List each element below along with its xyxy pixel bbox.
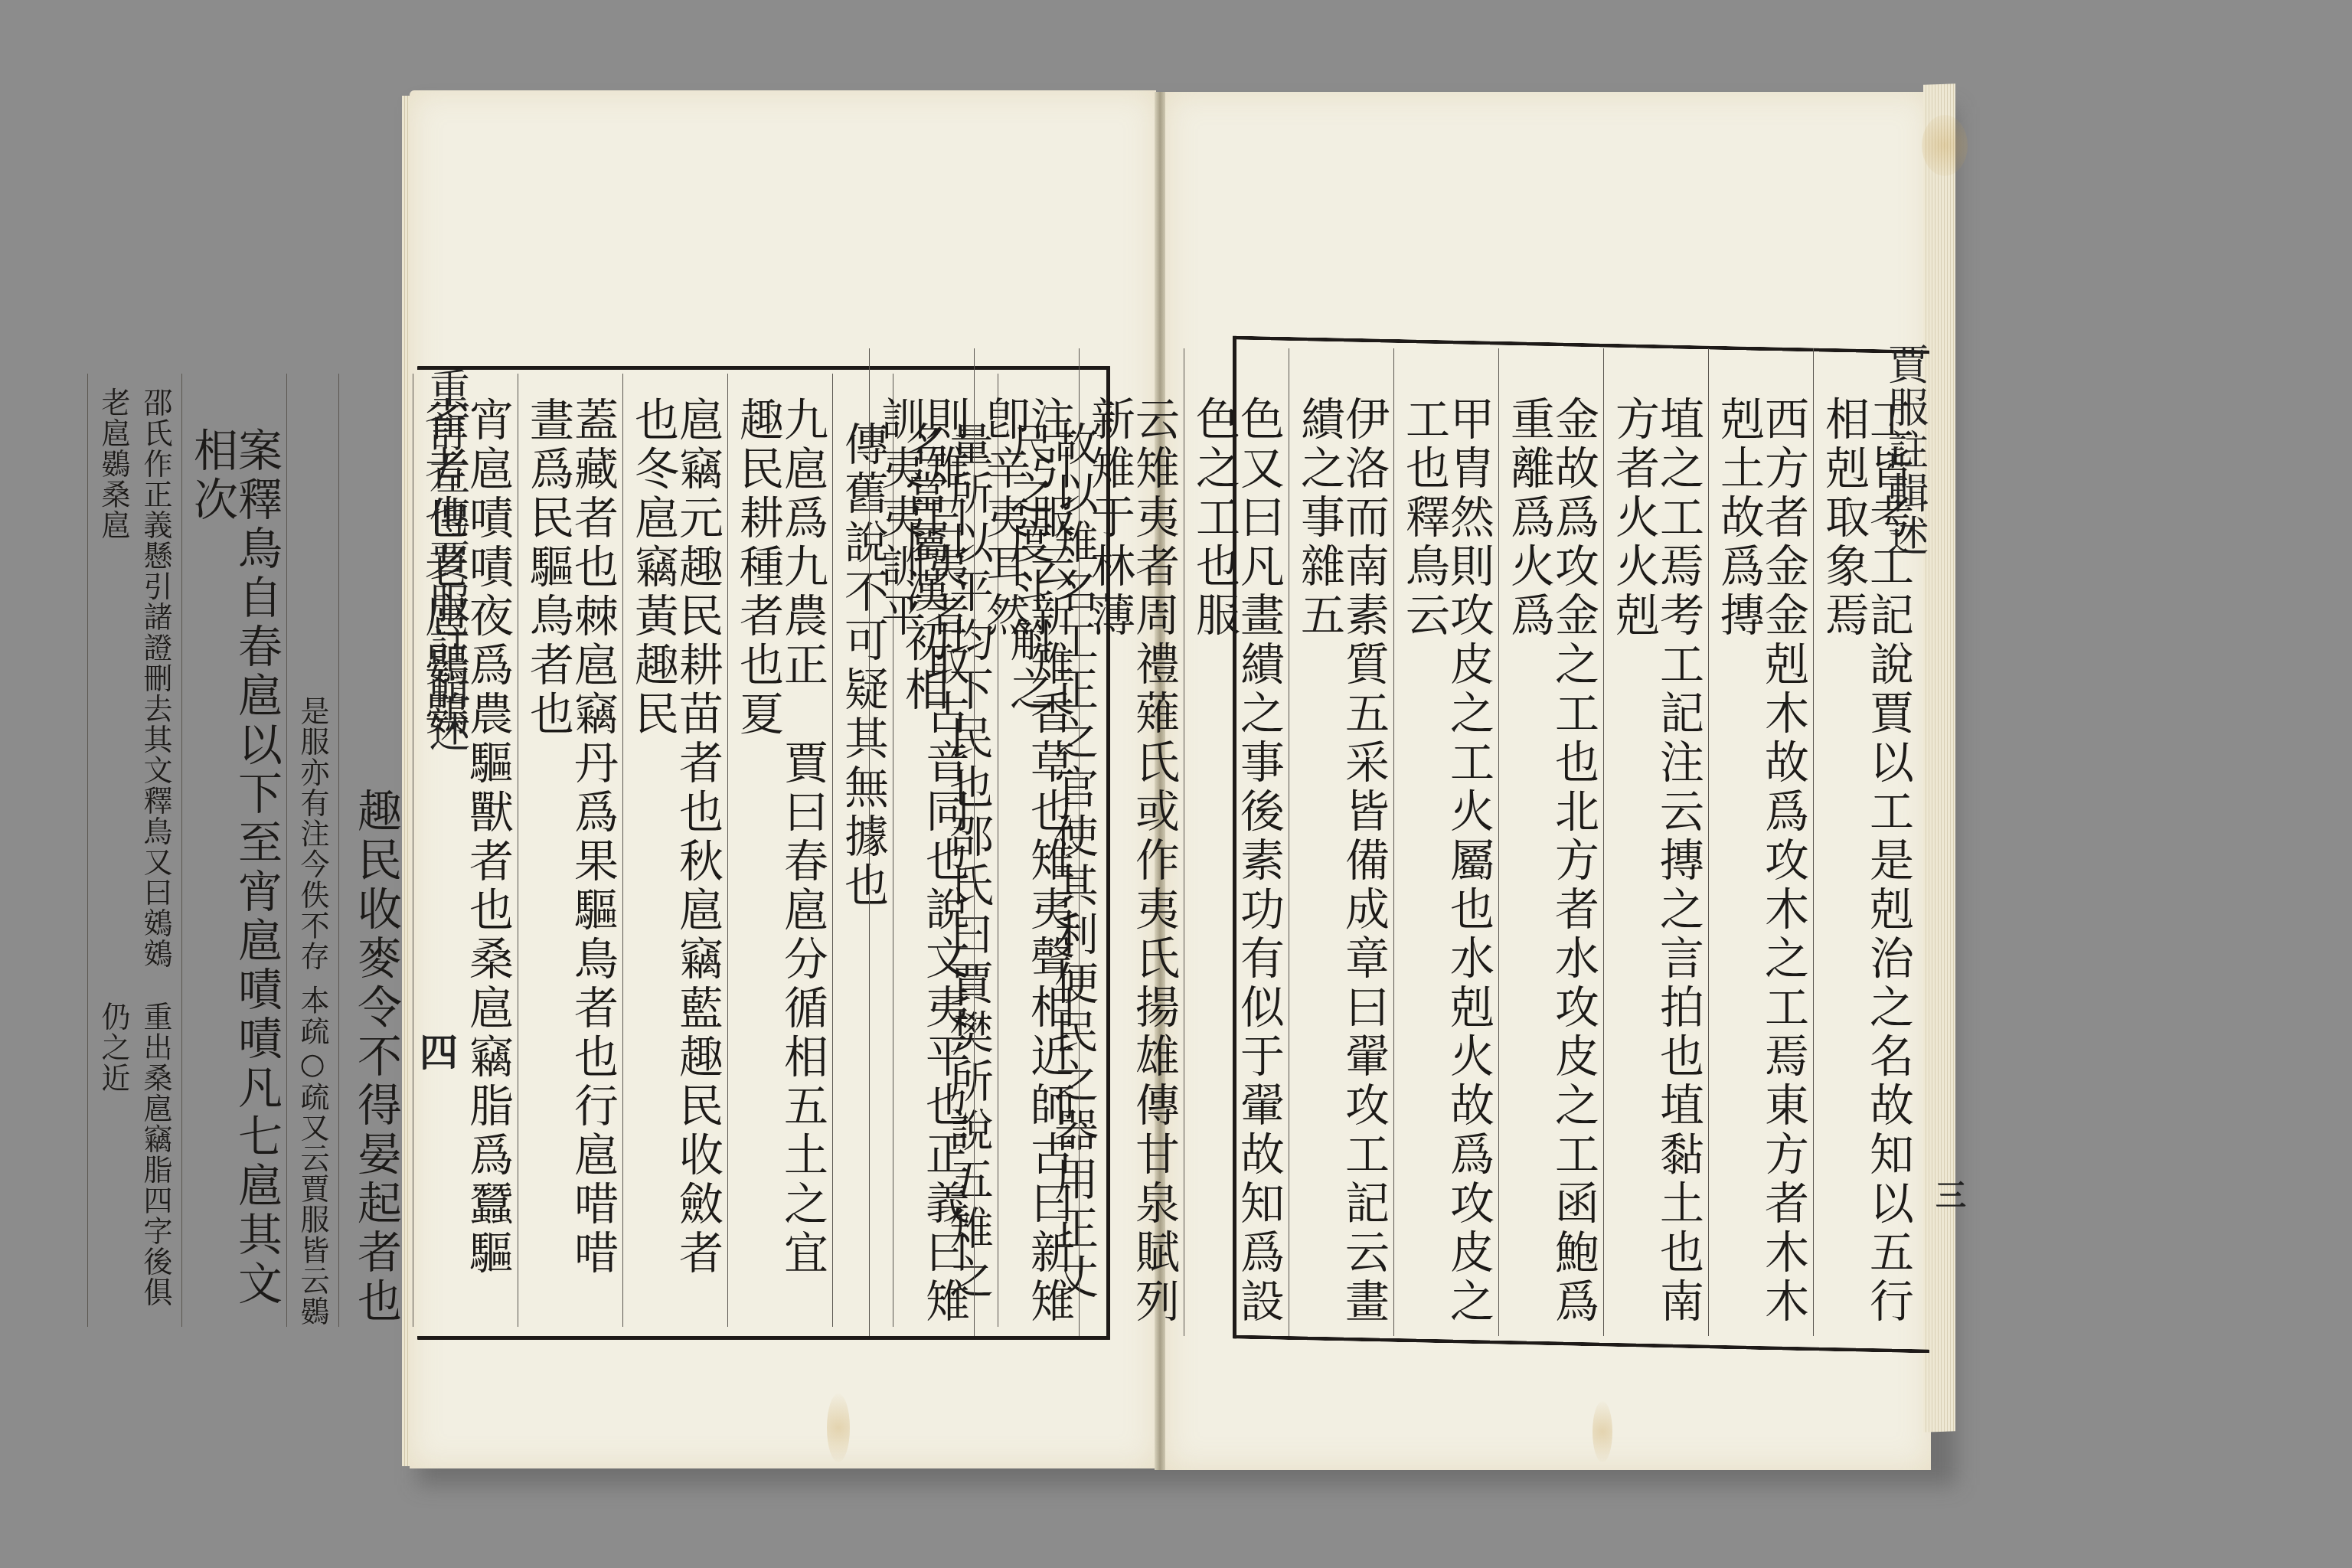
text-column: 案釋鳥自春扈以下至宵扈嘖嘖凡七扈其文相次 (181, 374, 286, 1327)
small-annotation-right: 重出桑扈竊脂四字後俱仍之近 (93, 988, 177, 1327)
right-folio-number: 三 (1935, 1171, 1966, 1215)
text-column: 扈竊元趣民耕苗者也秋扈竊藍趣民收斂者也冬扈竊黃趣民 (622, 374, 727, 1327)
left-folio-number: 四 (420, 1022, 458, 1077)
small-annotation-left: 邵氏作正義懸引諸證刪去其文釋鳥又曰鴳鴳老扈鷃桑扈 (93, 374, 177, 988)
foxing-stain (1592, 1401, 1612, 1462)
text-column: 甲胄然則攻皮之工火屬也水剋火故爲攻皮之工也釋鳥云 (1393, 348, 1498, 1336)
small-annotation-right: 本疏○疏又云賈服皆云鷃 (292, 972, 334, 1327)
text-column: 埴之工焉考工記注云摶之言拍也埴黏土也南方者火火剋 (1603, 348, 1708, 1336)
small-annotation-left: 是服亦有注今佚不存 (292, 682, 334, 972)
text-column: 注引服云新雉香草也雉夷聲相近師古曰新雉卽辛夷耳然 (974, 348, 1079, 1336)
text-column: 蓋藏者也棘扈竊丹爲果驅鳥者也行扈唶唶晝爲民驅鳥者也 (518, 374, 622, 1327)
text-column: 西方者金金剋木故爲攻木之工焉東方者木木剋土故爲摶 (1708, 348, 1813, 1336)
annotation-column: 本疏○疏又云賈服皆云鷃 是服亦有注今佚不存 (286, 374, 338, 1327)
left-margin-title: 重訂左傳賈服註輯述 (417, 367, 476, 753)
annotation-column: 重出桑扈竊脂四字後俱仍之近 邵氏作正義懸引諸證刪去其文釋鳥又曰鴳鴳老扈鷃桑扈 (87, 374, 181, 1327)
foxing-stain (1922, 115, 1968, 176)
text-column: 伊洛而南素質五采皆備成章曰翬攻工記云畫繢之事雜五 (1289, 348, 1393, 1336)
text-column: 色又曰凡畫繢之事後素功有似于翬故知爲設色之工也服 (1184, 348, 1289, 1336)
right-page-columns: 工皆考工記說賈以工是剋治之名故知以五行相剋取象焉 西方者金金剋木故爲攻木之工焉東… (1244, 348, 1918, 1336)
foxing-stain (827, 1393, 850, 1462)
text-column: 九扈爲九農正 賈曰春扈分循相五土之宜趣民耕種者也夏 (727, 374, 832, 1327)
text-column: 則雉曰夷者取古音同也說文夷平也正義曰雉訓夷夷訓平 (869, 348, 974, 1336)
right-margin-title: 賈服註輯述 (1876, 343, 1935, 557)
main-text: 趣民收麥令不得晏起者也 (344, 765, 408, 1327)
text-column: 云雉夷者周禮薙氏或作夷氏揚雄傳甘泉賦列新雉于林薄 (1079, 348, 1184, 1336)
text-column-with-annotation: 趣民收麥令不得晏起者也 (338, 374, 413, 1327)
text-column: 金故爲攻金之工也北方者水攻皮之工函鮑爲重離爲火爲 (1498, 348, 1603, 1336)
